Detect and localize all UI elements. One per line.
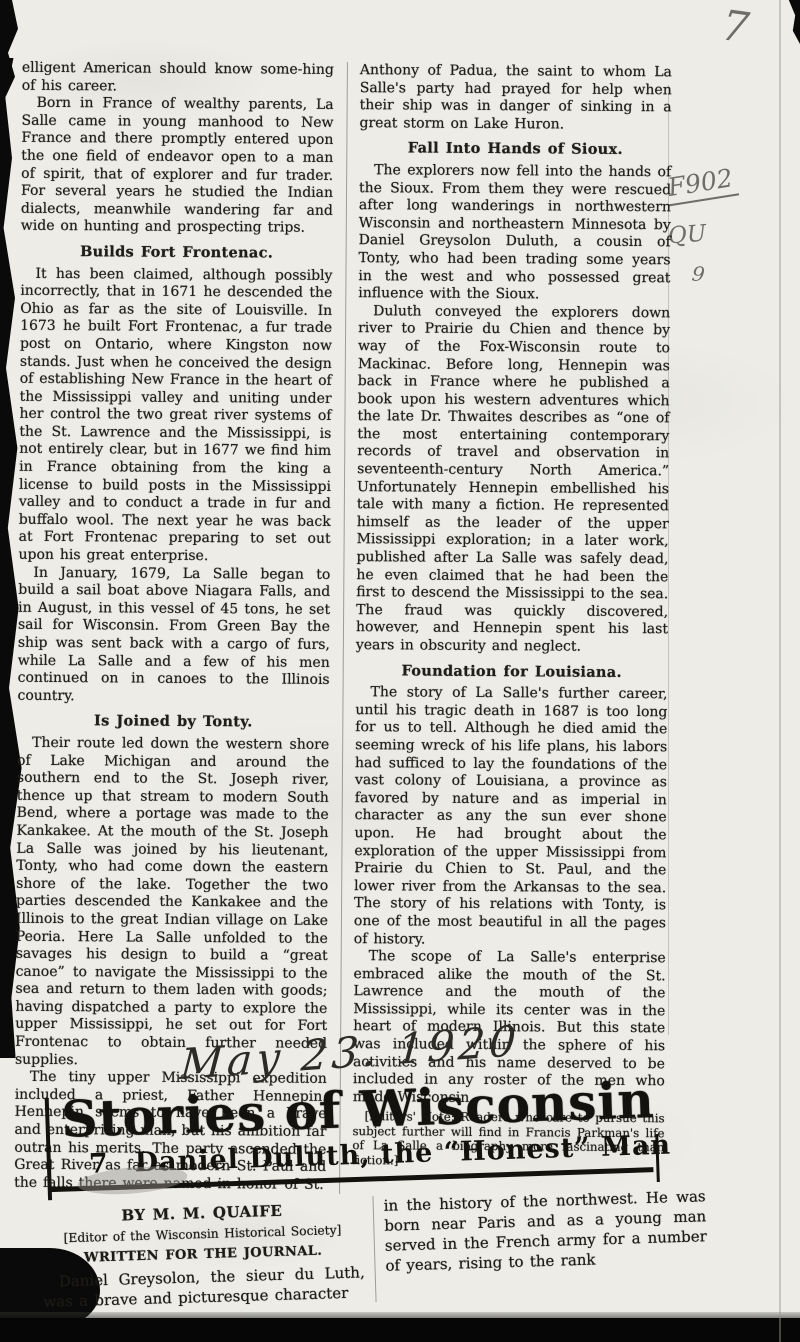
handwritten-margin-code-2: QU [667,221,707,250]
section-heading: Builds Fort Frontenac. [21,243,333,263]
paragraph: elligent American should know some-hing … [22,60,334,97]
feature-right-column: in the history of the northwest. He was … [372,1186,708,1302]
article-left-column: elligent American should know some-hing … [14,60,334,1195]
section-heading: Foundation for Louisiana. [356,662,668,682]
paragraph: Duluth conveyed the explorers down river… [356,303,670,657]
paragraph: Their route led down the western shore o… [15,735,329,1071]
page-edge-right [779,0,781,1342]
paragraph: The story of La Salle's further career, … [354,684,668,950]
feature-left-column: BY M. M. QUAIFE [Editor of the Wisconsin… [41,1196,366,1312]
paragraph: in the history of the northwest. He was … [383,1186,707,1276]
paragraph: In January, 1679, La Salle began to buil… [17,564,330,707]
section-heading: Fall Into Hands of Sioux. [359,139,671,159]
section-heading: Is Joined by Tonty. [17,712,329,732]
paragraph: The explorers now fell into the hands of… [358,162,671,305]
headline-box: Stories of Wisconsin 7Daniel Duluth, the… [47,1072,666,1192]
paragraph: It has been claimed, although possibly i… [18,265,332,566]
newspaper-article: elligent American should know some-hing … [14,60,672,1197]
paragraph: Born in France of wealthy parents, La Sa… [21,95,334,238]
paragraph: Anthony of Padua, the saint to whom La S… [359,62,671,135]
scan-black-bar-bottom [0,1318,800,1342]
feature-article: BY M. M. QUAIFE [Editor of the Wisconsin… [41,1186,712,1312]
handwritten-margin-code-3: 9 [691,261,706,286]
